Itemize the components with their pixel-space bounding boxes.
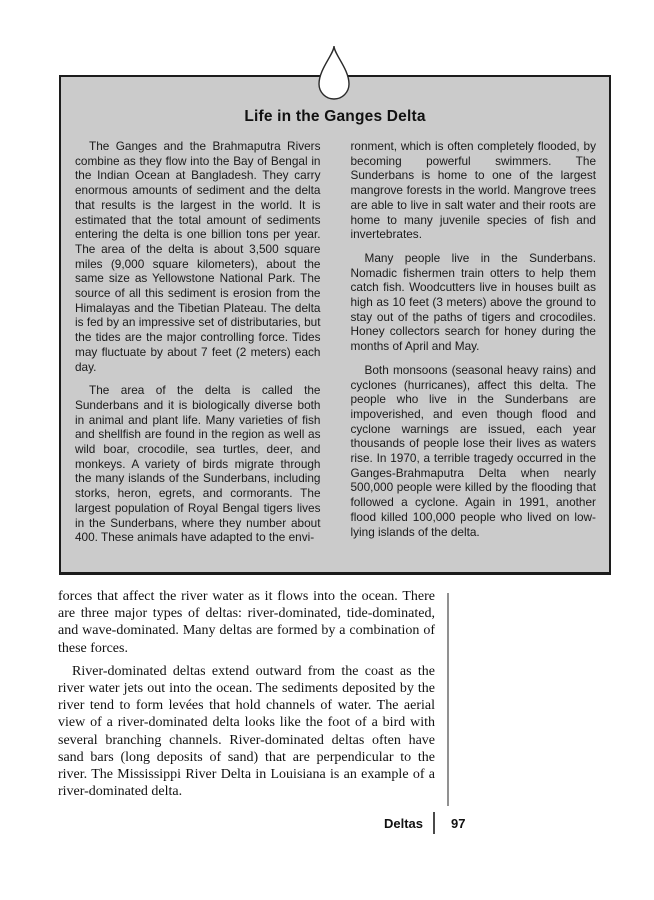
water-droplet-icon [317,44,351,102]
callout-title: Life in the Ganges Delta [61,108,609,126]
book-page: Life in the Ganges Delta The Ganges and … [0,0,654,900]
body-text-column: forces that affect the river water as it… [58,588,435,806]
footer-section-title: Deltas [340,816,433,831]
callout-paragraph: Many people live in the Sunderbans. Noma… [351,251,597,354]
callout-paragraph: The area of the delta is called the Sund… [75,383,321,545]
callout-box: Life in the Ganges Delta The Ganges and … [59,75,611,575]
callout-columns: The Ganges and the Brahmaputra Rivers co… [61,126,609,554]
column-rule-divider [447,593,449,806]
callout-column-right: ronment, which is often completely flood… [351,139,597,554]
callout-paragraph: The Ganges and the Brahmaputra Rivers co… [75,139,321,374]
callout-paragraph: Both monsoons (seasonal heavy rains) and… [351,363,597,539]
footer-page-number: 97 [435,816,465,831]
callout-paragraph: ronment, which is often completely flood… [351,139,597,242]
page-footer: Deltas 97 [340,812,465,834]
callout-column-left: The Ganges and the Brahmaputra Rivers co… [75,139,321,554]
body-paragraph: River-dominated deltas extend outward fr… [58,663,435,801]
body-paragraph: forces that affect the river water as it… [58,588,435,657]
